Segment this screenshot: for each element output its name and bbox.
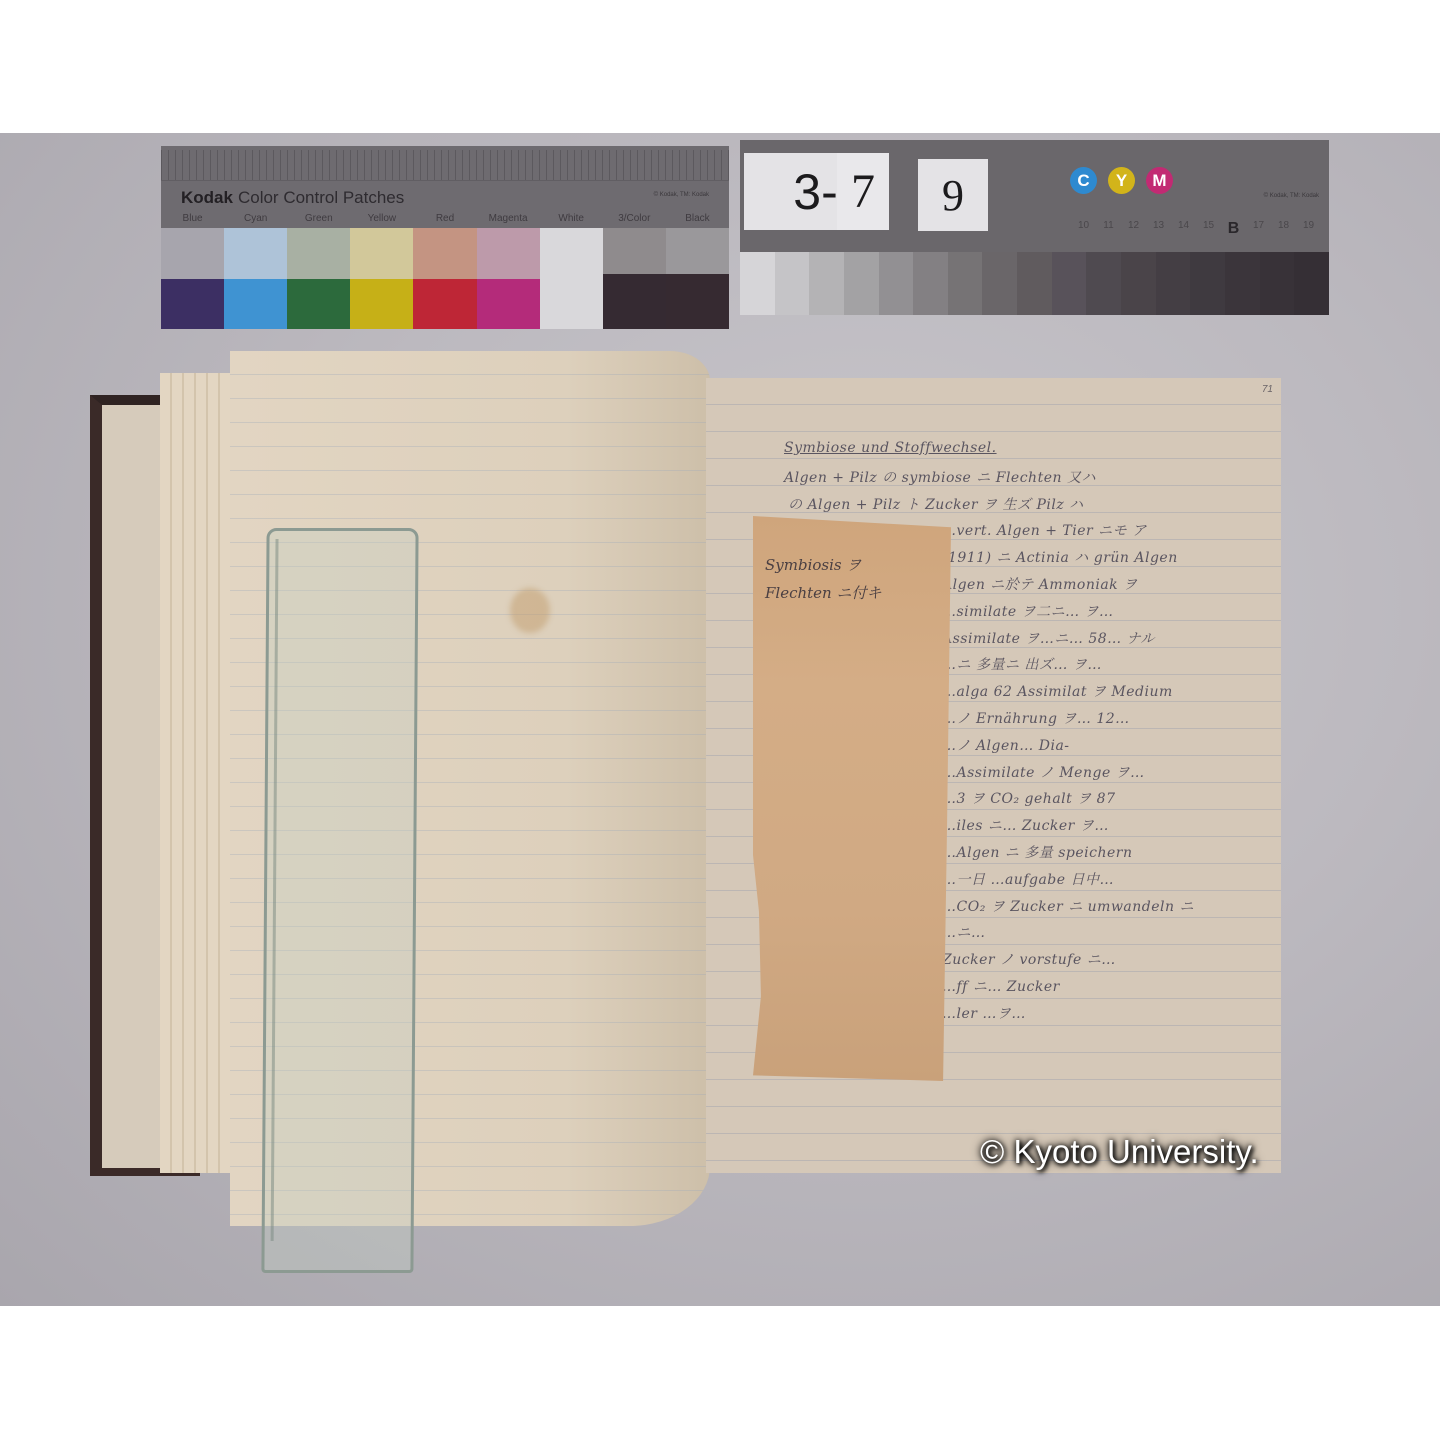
item-tag: 7 bbox=[837, 153, 889, 230]
handwritten-line: …ニ 多量ニ 出ズ… ヲ… bbox=[942, 654, 1102, 674]
patch-column bbox=[540, 228, 603, 329]
gray-step bbox=[740, 252, 775, 315]
scale-number: 19 bbox=[1296, 220, 1321, 238]
gray-step bbox=[1294, 252, 1329, 315]
handwritten-line: …vert. Algen + Tier ニモ ア bbox=[942, 520, 1147, 540]
gray-step bbox=[913, 252, 948, 315]
gray-step bbox=[809, 252, 844, 315]
patch-column bbox=[350, 228, 413, 329]
patch-labels: BlueCyanGreenYellowRedMagentaWhite3/Colo… bbox=[161, 213, 729, 227]
handwritten-line: …ff ニ… Zucker bbox=[942, 976, 1060, 996]
color-patch bbox=[540, 228, 603, 279]
scale-number: 12 bbox=[1121, 220, 1146, 238]
scale-number: 14 bbox=[1171, 220, 1196, 238]
color-patch bbox=[413, 279, 476, 330]
archival-photograph: KodakColor Control Patches © Kodak, TM: … bbox=[0, 133, 1440, 1306]
handwritten-line: Assimilate ヲ…ニ… 58… ナル bbox=[942, 628, 1155, 648]
color-patch bbox=[603, 274, 666, 329]
scale-number: 10 bbox=[1071, 220, 1096, 238]
handwritten-line: …alga 62 Assimilat ヲ Medium bbox=[942, 681, 1173, 701]
glass-weight bbox=[261, 528, 418, 1273]
scale-number: B bbox=[1221, 220, 1246, 238]
cym-dot: Y bbox=[1108, 167, 1135, 194]
scale-number: 13 bbox=[1146, 220, 1171, 238]
handwritten-line: (1911) ニ Actinia ハ grün Algen bbox=[942, 547, 1178, 567]
patch-label: Magenta bbox=[477, 213, 540, 227]
kodak-brand: Kodak bbox=[181, 188, 233, 207]
patch-column bbox=[161, 228, 224, 329]
handwritten-line: …Algen ニ 多量 speichern bbox=[942, 842, 1132, 862]
handwritten-line: …ニ… bbox=[942, 922, 986, 942]
gray-step bbox=[1086, 252, 1121, 315]
patch-label: Yellow bbox=[350, 213, 413, 227]
slip-line: Flechten ニ付キ bbox=[765, 582, 881, 603]
handwritten-line: …similate ヲ二ニ… ヲ… bbox=[942, 601, 1114, 621]
color-patch bbox=[666, 228, 729, 274]
color-patch bbox=[161, 279, 224, 330]
handwritten-line: Zucker ノ vorstufe ニ… bbox=[942, 949, 1116, 969]
handwritten-line: …ler …ヲ… bbox=[942, 1003, 1026, 1023]
gray-step bbox=[1121, 252, 1156, 315]
scale-number: 17 bbox=[1246, 220, 1271, 238]
gray-step bbox=[1225, 252, 1260, 315]
gray-scale-numbers: 101112131415B171819 bbox=[740, 220, 1329, 238]
page-stack bbox=[160, 373, 240, 1173]
gray-step bbox=[1156, 252, 1191, 315]
handwritten-line: の Algen + Pilz ト Zucker ヲ 生ズ Pilz ハ bbox=[788, 494, 1084, 514]
cym-dot: C bbox=[1070, 167, 1097, 194]
gray-fine-print: © Kodak, TM: Kodak bbox=[1264, 193, 1319, 199]
slip-line: Symbiosis ヲ bbox=[765, 554, 861, 575]
handwritten-line: …一日 …aufgabe 日中… bbox=[942, 869, 1114, 889]
patch-label: Blue bbox=[161, 213, 224, 227]
color-patches bbox=[161, 228, 729, 329]
color-patch bbox=[287, 279, 350, 330]
color-patch bbox=[224, 228, 287, 279]
gray-steps bbox=[740, 252, 1329, 315]
kodak-color-control-strip: KodakColor Control Patches © Kodak, TM: … bbox=[161, 146, 729, 329]
gray-step bbox=[1052, 252, 1087, 315]
gray-step bbox=[1260, 252, 1295, 315]
scale-number: 15 bbox=[1196, 220, 1221, 238]
handwritten-line: …ノ Algen… Dia- bbox=[942, 735, 1070, 755]
handwritten-line: …ノ Ernährung ヲ… 12… bbox=[942, 708, 1130, 728]
color-patch bbox=[224, 279, 287, 330]
handwritten-line: Symbiose und Stoffwechsel. bbox=[784, 440, 997, 456]
patch-column bbox=[666, 228, 729, 329]
handwritten-line: …3 ヲ CO₂ gehalt ヲ 87 bbox=[942, 788, 1116, 808]
gray-step bbox=[879, 252, 914, 315]
pasted-note-slip: Symbiosis ヲ Flechten ニ付キ bbox=[753, 516, 951, 1081]
gray-step bbox=[1190, 252, 1225, 315]
color-patch bbox=[287, 228, 350, 279]
patch-column bbox=[603, 228, 666, 329]
patch-label: Red bbox=[413, 213, 476, 227]
ruler-scale bbox=[161, 150, 729, 181]
gray-step bbox=[775, 252, 810, 315]
gray-scale-strip: 3- 7 9 CYM © Kodak, TM: Kodak 1011121314… bbox=[740, 140, 1329, 315]
cym-dot: M bbox=[1146, 167, 1173, 194]
kodak-title: KodakColor Control Patches bbox=[181, 188, 404, 208]
color-patch bbox=[666, 274, 729, 329]
gray-step bbox=[948, 252, 983, 315]
kodak-strip-title: Color Control Patches bbox=[238, 188, 404, 207]
scale-number: 18 bbox=[1271, 220, 1296, 238]
handwritten-line: Algen + Pilz の symbiose ニ Flechten 又ハ bbox=[784, 467, 1096, 487]
patch-label: Black bbox=[666, 213, 729, 227]
handwritten-line: …iles ニ… Zucker ヲ… bbox=[942, 815, 1109, 835]
patch-label: White bbox=[540, 213, 603, 227]
color-patch bbox=[540, 279, 603, 330]
color-patch bbox=[603, 228, 666, 274]
color-patch bbox=[477, 228, 540, 279]
gray-step bbox=[1017, 252, 1052, 315]
gray-step bbox=[844, 252, 879, 315]
stain bbox=[510, 588, 550, 633]
patch-column bbox=[413, 228, 476, 329]
handwritten-line: Algen ニ於テ Ammoniak ヲ bbox=[942, 574, 1138, 594]
copyright-watermark: © Kyoto University. bbox=[980, 1133, 1259, 1171]
color-patch bbox=[350, 228, 413, 279]
color-patch bbox=[350, 279, 413, 330]
patch-label: Green bbox=[287, 213, 350, 227]
patch-column bbox=[224, 228, 287, 329]
patch-column bbox=[287, 228, 350, 329]
kodak-fine-print: © Kodak, TM: Kodak bbox=[654, 192, 709, 198]
patch-label: Cyan bbox=[224, 213, 287, 227]
gray-step bbox=[982, 252, 1017, 315]
patch-column bbox=[477, 228, 540, 329]
handwritten-line: …CO₂ ヲ Zucker ニ umwandeln ニ bbox=[942, 896, 1194, 916]
color-patch bbox=[413, 228, 476, 279]
color-patch bbox=[477, 279, 540, 330]
scale-number: 11 bbox=[1096, 220, 1121, 238]
page-number: 71 bbox=[1262, 384, 1273, 395]
color-patch bbox=[161, 228, 224, 279]
handwritten-line: …Assimilate ノ Menge ヲ… bbox=[942, 762, 1145, 782]
patch-label: 3/Color bbox=[603, 213, 666, 227]
cym-dots: CYM bbox=[1070, 167, 1173, 194]
